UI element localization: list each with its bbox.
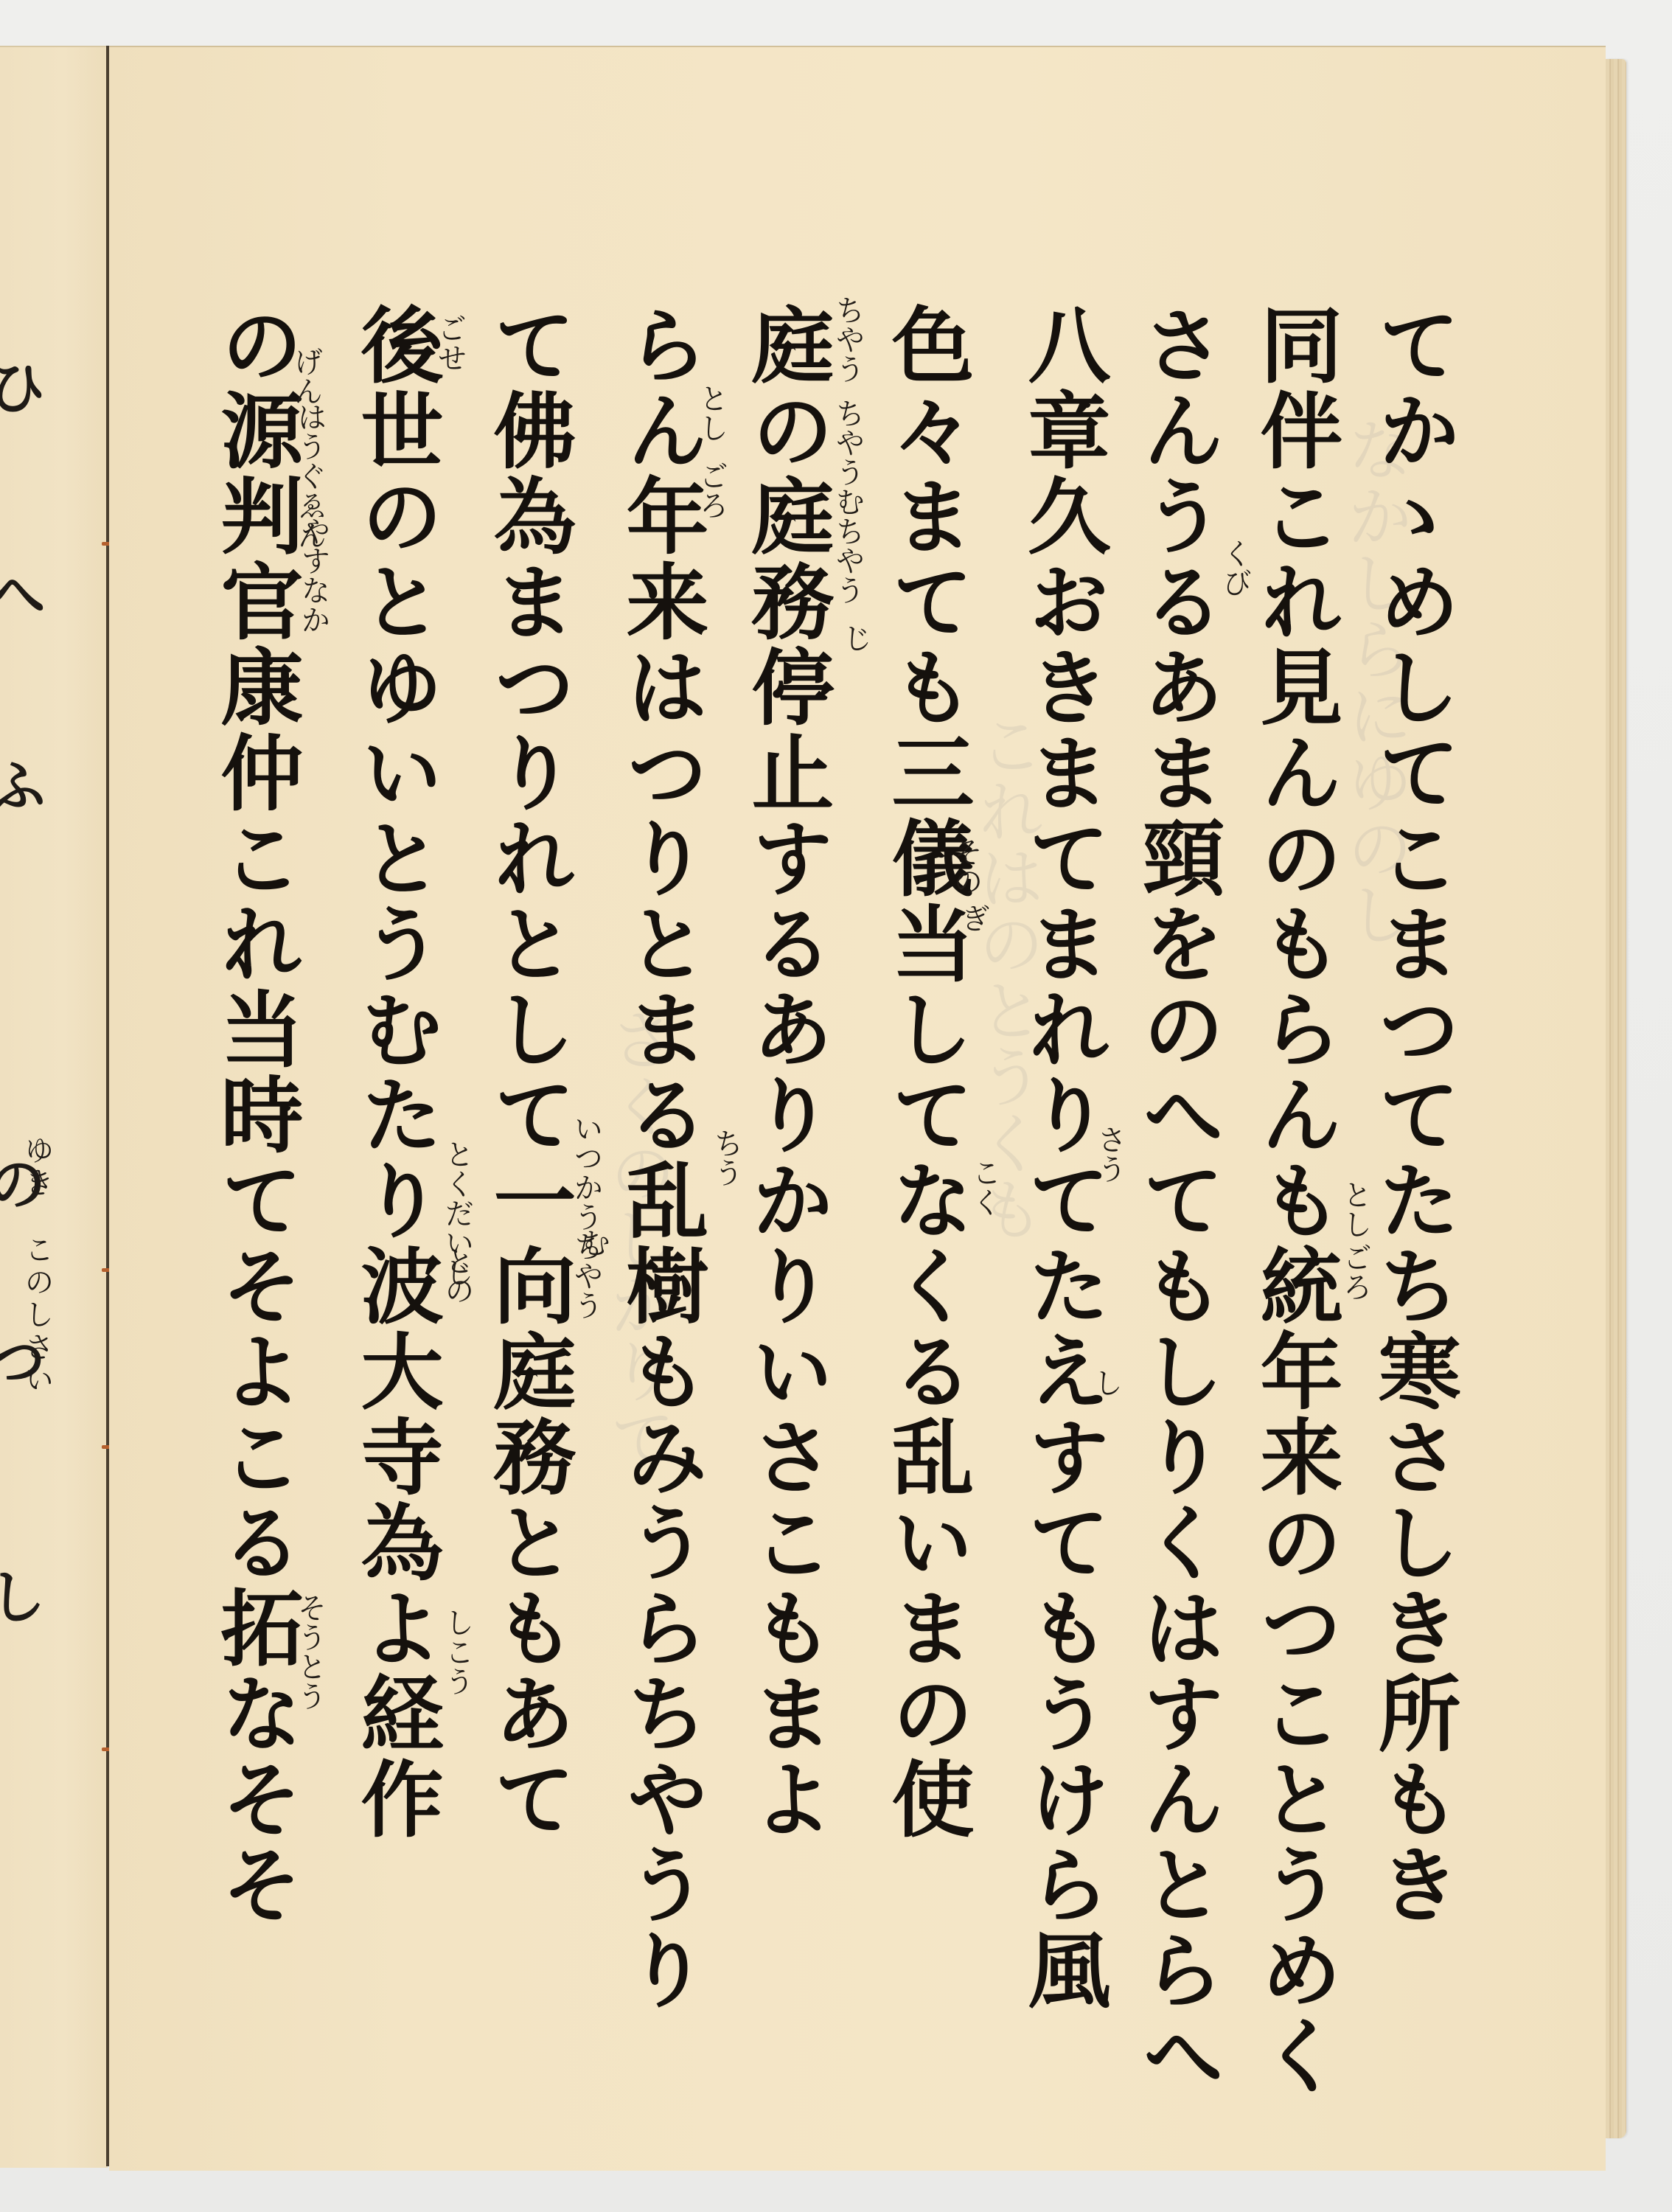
left-page-mark: し: [0, 1566, 55, 1628]
ruby-goro-2: ごろ: [697, 461, 726, 520]
ruby-gen: げん: [291, 347, 321, 406]
ruby-kubi: くび: [1220, 538, 1250, 597]
ruby-sau: さう: [1095, 1124, 1124, 1183]
ruby-yasunaka: やすなか: [299, 516, 328, 634]
text-column-4: 八章久おきまてまれりてたえすてもうけら風: [1021, 302, 1104, 2013]
ruby-gi: ぎ: [958, 903, 988, 933]
text-column-6: 庭の庭務停止するありかりいさこもまよ: [745, 302, 827, 1842]
ruby-toshi-2: とし: [697, 383, 726, 442]
ruby-sono: その: [951, 837, 980, 896]
left-page-mark: ひ: [0, 357, 55, 419]
ruby-toshi: とし: [1340, 1180, 1370, 1239]
text-column-3: さんうるあま頸をのへてもしりくはすんとらへ: [1135, 302, 1218, 2098]
ruby-koku: こく: [969, 1158, 999, 1217]
ruby-soutou: そうとう: [295, 1593, 324, 1711]
left-page-mark: へ: [0, 563, 55, 625]
left-page-mark: つ: [0, 1330, 55, 1392]
ruby-chou-1: ちやう: [833, 295, 863, 383]
text-column-7: らん年来はつりとまる乱樹もみうらちやうり: [619, 302, 702, 2013]
ruby-shi: し: [1091, 1368, 1121, 1397]
left-page: ゆき このしさい ひ へ ふ の つ し: [0, 46, 108, 2168]
text-column-2: 同伴これ見んのもらんも統年来のつことうめく: [1253, 302, 1336, 2098]
ruby-ji: じ: [840, 623, 870, 653]
text-column-8: て佛為まつりれとして一向庭務ともあて: [487, 302, 569, 1842]
page-stack-edge: [1606, 59, 1626, 2138]
text-column-10: の源判官康仲これ当時てそよこる拓なそそ: [214, 302, 296, 1927]
ruby-tono: との: [442, 1246, 472, 1305]
ruby-chuu: ちう: [711, 1128, 741, 1187]
ruby-ikkouchou: いつかうちやう: [571, 1113, 601, 1320]
ruby-gose: ごせ: [435, 313, 464, 372]
text-column-9: 後世のとゆいとうむたり波大寺為よ経作: [354, 302, 436, 1842]
ruby-goro: ごろ: [1340, 1242, 1370, 1301]
ruby-shikou: しこう: [442, 1607, 472, 1696]
ruby-chou-2: ちやう: [833, 516, 863, 605]
text-column-1: てかゝめしてこまつてたち寒さしき所もき: [1371, 302, 1454, 1927]
ruby-choumu: ちやうむ: [833, 398, 863, 516]
text-column-5: 色々まても三儀当してなくる乱いまの使: [885, 302, 967, 1842]
left-page-mark: ふ: [0, 755, 55, 817]
ruby-mu: む: [579, 1228, 608, 1257]
left-page-mark: の: [0, 1153, 55, 1215]
